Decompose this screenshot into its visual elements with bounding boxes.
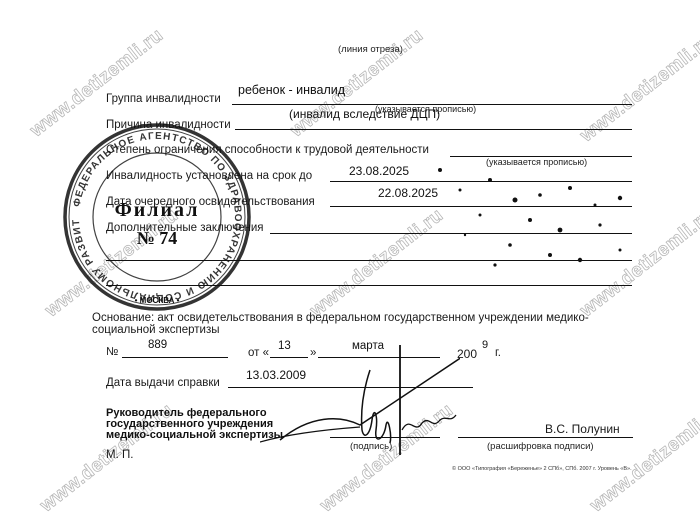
watermark: www.detizemli.ru bbox=[586, 400, 700, 513]
basis-text-2: социальной экспертизы bbox=[92, 324, 220, 336]
head-title-3: медико-социальной экспертизы bbox=[106, 430, 283, 441]
disability-cause-value: (инвалид вследствие ДЦП) bbox=[289, 107, 440, 121]
disability-until-value: 23.08.2025 bbox=[349, 164, 409, 178]
svg-text:Филиал: Филиал bbox=[115, 199, 200, 221]
printer-note: © ООО «Типография «Береженье» 2 СПб», СП… bbox=[452, 466, 632, 472]
act-year-suffix: 9 bbox=[482, 339, 488, 351]
signer-line bbox=[458, 437, 633, 438]
signer-name: В.С. Полунин bbox=[545, 422, 620, 436]
svg-text:• МОСКВА •: • МОСКВА • bbox=[135, 296, 180, 305]
disability-group-label: Группа инвалидности bbox=[106, 93, 221, 105]
toner-specks bbox=[420, 160, 640, 280]
signer-hint: (расшифровка подписи) bbox=[487, 441, 594, 452]
issue-date-label: Дата выдачи справки bbox=[106, 377, 220, 389]
act-year-prefix: 200 bbox=[457, 347, 477, 361]
signature bbox=[260, 345, 460, 455]
act-year-unit: г. bbox=[495, 347, 501, 359]
stamp-place-label: М. П. bbox=[106, 449, 133, 461]
disability-group-value: ребенок - инвалид bbox=[238, 83, 345, 97]
act-number-line bbox=[122, 357, 228, 358]
official-seal: ФЕДЕРАЛЬНОЕ АГЕНТСТВО ПО ЗДРАВООХРАНЕНИЮ… bbox=[62, 122, 252, 312]
disability-cause-line bbox=[235, 129, 632, 130]
act-number: 889 bbox=[148, 339, 167, 351]
basis-text: Основание: акт освидетельствования в фед… bbox=[92, 312, 589, 324]
act-number-label: № bbox=[106, 346, 118, 358]
svg-text:№ 74: № 74 bbox=[137, 228, 178, 248]
cut-line-label: (линия отреза) bbox=[338, 44, 403, 55]
